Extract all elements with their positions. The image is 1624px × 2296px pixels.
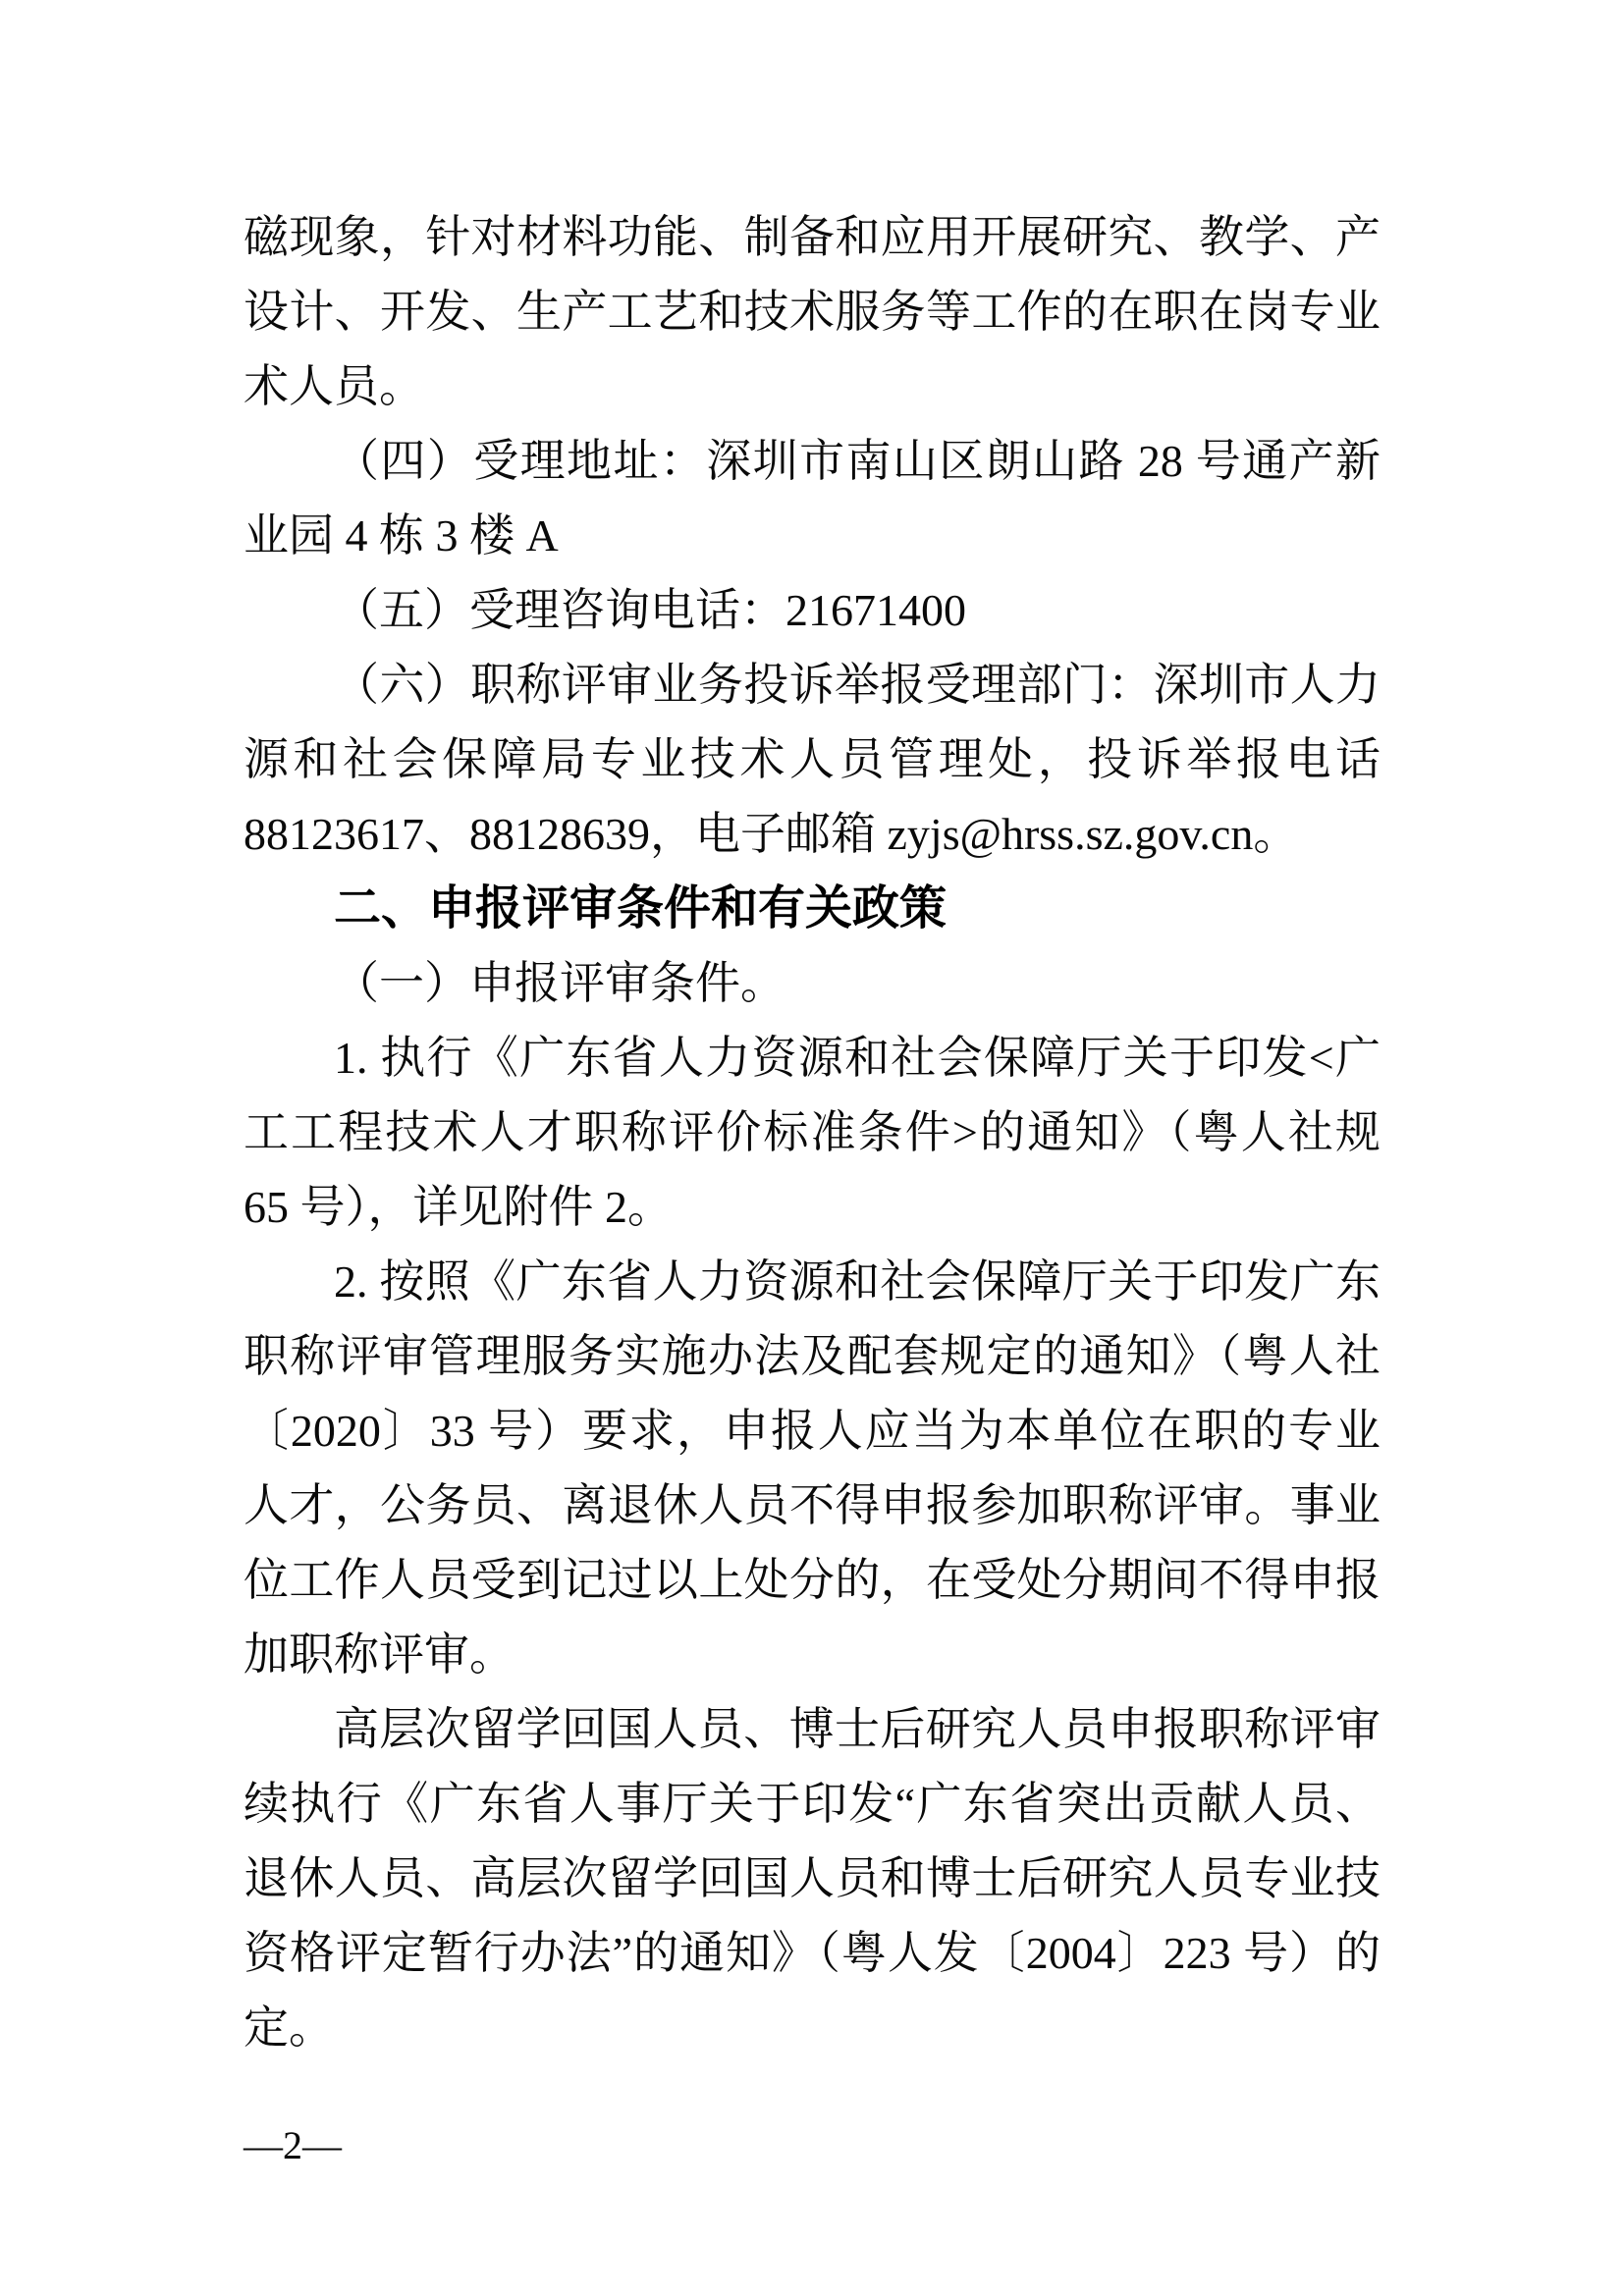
text-line: 资格评定暂行办法”的通知》（粤人发〔2004〕223 号）的规 xyxy=(244,1916,1380,1991)
text-line: 位工作人员受到记过以上处分的，在受处分期间不得申报参 xyxy=(244,1543,1380,1618)
text-line: 业园 4 栋 3 楼 A xyxy=(244,499,1380,573)
document-body: 磁现象，针对材料功能、制备和应用开展研究、教学、产品 设计、开发、生产工艺和技术… xyxy=(244,200,1380,2065)
text-line: 人才，公务员、离退休人员不得申报参加职称评审。事业单 xyxy=(244,1468,1380,1543)
text-line: （四）受理地址：深圳市南山区朗山路 28 号通产新兴产 xyxy=(244,424,1380,499)
page-number: —2— xyxy=(244,2122,342,2169)
text-line: 定。 xyxy=(244,1991,1380,2065)
text-line: 88123617、88128639，电子邮箱 zyjs@hrss.sz.gov.… xyxy=(244,797,1380,872)
text-line: 退休人员、高层次留学回国人员和博士后研究人员专业技术 xyxy=(244,1842,1380,1916)
text-line: （六）职称评审业务投诉举报受理部门：深圳市人力资 xyxy=(244,648,1380,722)
text-line: （一）申报评审条件。 xyxy=(244,946,1380,1021)
text-line: 术人员。 xyxy=(244,349,1380,424)
text-line: 加职称评审。 xyxy=(244,1618,1380,1692)
document-page: 磁现象，针对材料功能、制备和应用开展研究、教学、产品 设计、开发、生产工艺和技术… xyxy=(0,0,1624,2296)
text-line: 续执行《广东省人事厅关于印发“广东省突出贡献人员、离 xyxy=(244,1767,1380,1842)
text-line: 磁现象，针对材料功能、制备和应用开展研究、教学、产品 xyxy=(244,200,1380,275)
text-line: 65 号），详见附件 2。 xyxy=(244,1170,1380,1245)
text-line: （五）受理咨询电话：21671400 xyxy=(244,573,1380,648)
text-line: 〔2020〕33 号）要求，申报人应当为本单位在职的专业技术 xyxy=(244,1394,1380,1468)
text-line: 2. 按照《广东省人力资源和社会保障厅关于印发广东省 xyxy=(244,1245,1380,1319)
text-line: 1. 执行《广东省人力资源和社会保障厅关于印发<广东省轻 xyxy=(244,1021,1380,1095)
text-line: 源和社会保障局专业技术人员管理处，投诉举报电话 xyxy=(244,722,1380,797)
text-line: 工工程技术人才职称评价标准条件>的通知》（粤人社规〔2019〕 xyxy=(244,1095,1380,1170)
text-line: 设计、开发、生产工艺和技术服务等工作的在职在岗专业技 xyxy=(244,275,1380,349)
section-heading: 二、申报评审条件和有关政策 xyxy=(244,872,1380,946)
text-line: 职称评审管理服务实施办法及配套规定的通知》（粤人社规 xyxy=(244,1319,1380,1394)
text-line: 高层次留学回国人员、博士后研究人员申报职称评审继 xyxy=(244,1692,1380,1767)
